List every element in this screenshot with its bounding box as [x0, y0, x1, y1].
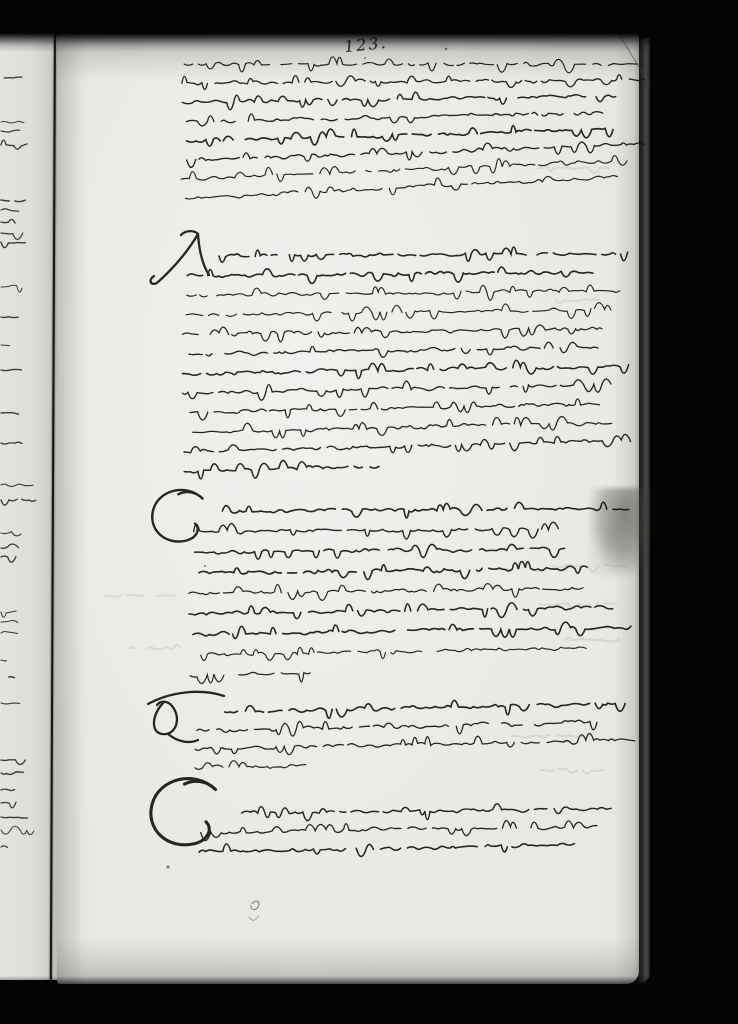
paragraph-2	[151, 231, 631, 480]
paragraph-3	[152, 490, 631, 684]
paragraph-4	[148, 692, 635, 770]
handwriting-layer	[0, 0, 738, 1024]
manuscript-photo: 123.	[0, 0, 738, 1024]
paragraph-1	[181, 57, 645, 205]
paragraph-4-initial-flourish	[148, 692, 224, 742]
photo-border-right	[648, 0, 738, 1024]
paragraph-3-initial-flourish	[152, 490, 202, 542]
paragraph-5	[151, 779, 612, 860]
paragraph-5-initial-flourish	[151, 779, 216, 845]
ink-marks	[167, 24, 652, 920]
photo-border-bottom	[0, 976, 738, 1024]
photo-border-top	[0, 0, 738, 52]
facing-page-text-fragments	[1, 77, 36, 847]
